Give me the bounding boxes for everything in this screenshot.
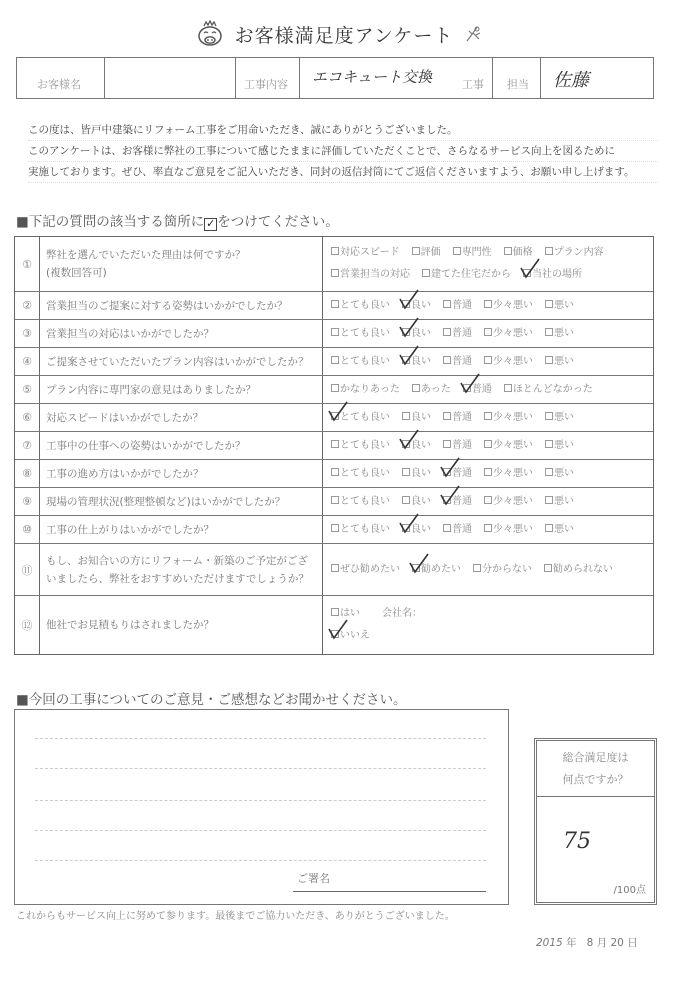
question-number: ⑥: [15, 404, 40, 431]
option-checkbox[interactable]: 良い: [402, 323, 431, 345]
checkbox-icon: [331, 496, 339, 504]
question-row: ⑧工事の進め方はいかがでしたか？とても良い良い普通少々悪い悪い: [15, 460, 653, 488]
question-number: ①: [15, 237, 40, 291]
question-number: ⑨: [15, 488, 40, 515]
checkbox-icon: [484, 328, 492, 336]
checkbox-icon: [412, 247, 420, 255]
signature-field[interactable]: [293, 891, 486, 892]
answer-options: とても良い良い普通少々悪い悪い: [323, 432, 653, 459]
answer-options: かなりあったあった普通ほとんどなかった: [323, 376, 653, 403]
checkbox-icon: [331, 608, 339, 616]
option-checkbox[interactable]: 普通: [463, 379, 492, 401]
question-text: 工事中の仕事への姿勢はいかがでしたか？: [40, 432, 323, 459]
checkbox-icon: [443, 496, 451, 504]
customer-info-table: お客様名 工事内容 エコキュート交換 工事 担当 佐藤: [16, 57, 654, 99]
question-text: 営業担当のご提案に対する姿勢はいかがでしたか？: [40, 292, 323, 319]
checkbox-icon: [484, 440, 492, 448]
checkbox-icon: [473, 564, 481, 572]
form-title: お客様満足度アンケート: [235, 21, 454, 48]
answer-options: ぜひ勧めたい勧めたい分からない勧められない: [323, 544, 653, 595]
option-checkbox[interactable]: とても良い: [331, 323, 390, 345]
checkbox-icon: [402, 328, 410, 336]
question-text: 対応スピードはいかがでしたか？: [40, 404, 323, 431]
option-checkbox[interactable]: 勧めたい: [412, 559, 461, 581]
option-checkbox[interactable]: 評価: [412, 242, 441, 264]
question-text: 他社でお見積もりはされましたか？: [40, 596, 323, 654]
intro-line: この度は、皆戸中建築にリフォーム工事をご用命いただき、誠にありがとうございました…: [28, 120, 658, 141]
question-text: 工事の仕上がりはいかがでしたか？: [40, 516, 323, 543]
checkbox-icon: [443, 356, 451, 364]
checkbox-icon: [504, 247, 512, 255]
option-checkbox[interactable]: はい: [331, 603, 360, 625]
section2-heading: ■今回の工事についてのご意見・ご感想などお聞かせください。: [16, 688, 406, 708]
answer-options: とても良い良い普通少々悪い悪い: [323, 348, 653, 375]
answer-options: とても良い良い普通少々悪い悪い: [323, 292, 653, 319]
checkbox-icon: [331, 269, 339, 277]
checkbox-icon: [484, 412, 492, 420]
question-number: ⑪: [15, 544, 40, 595]
checkbox-icon: [463, 384, 471, 392]
option-checkbox[interactable]: 分からない: [473, 559, 532, 581]
date-field: 2015 年 8 月 20 日: [536, 935, 638, 950]
option-checkbox[interactable]: とても良い: [331, 407, 390, 429]
option-checkbox[interactable]: あった: [412, 379, 451, 401]
option-checkbox[interactable]: ほとんどなかった: [504, 379, 593, 401]
checkbox-icon: [402, 412, 410, 420]
intro-line: このアンケートは、お客様に弊社の工事について感じたままに評価していただくことで、…: [28, 141, 658, 162]
option-checkbox[interactable]: 悪い: [545, 435, 574, 457]
option-checkbox[interactable]: 建てた住宅だから: [422, 264, 511, 286]
option-checkbox[interactable]: 少々悪い: [484, 407, 533, 429]
comment-rule: [35, 830, 486, 831]
checkbox-icon: [331, 468, 339, 476]
date-month[interactable]: 8: [587, 937, 594, 949]
intro-text: この度は、皆戸中建築にリフォーム工事をご用命いただき、誠にありがとうございました…: [28, 120, 658, 183]
comment-rule: [35, 860, 486, 861]
option-checkbox[interactable]: 良い: [402, 519, 431, 541]
question-row: ⑦工事中の仕事への姿勢はいかがでしたか？とても良い良い普通少々悪い悪い: [15, 432, 653, 460]
work-content-label-cell: 工事内容: [236, 58, 300, 98]
customer-name-field[interactable]: [105, 58, 236, 98]
answer-options: とても良い良い普通少々悪い悪い: [323, 460, 653, 487]
customer-name-label: お客様名: [37, 76, 81, 92]
comment-rule: [35, 800, 486, 801]
checkbox-icon: [545, 524, 553, 532]
checkbox-icon: [331, 412, 339, 420]
option-checkbox[interactable]: 少々悪い: [484, 295, 533, 317]
checkbox-icon: [402, 496, 410, 504]
option-checkbox[interactable]: かなりあった: [331, 379, 400, 401]
work-content-label: 工事内容: [244, 76, 288, 92]
question-text: 現場の管理状況(整理整頓など)はいかがでしたか？: [40, 488, 323, 515]
option-checkbox[interactable]: 普通: [443, 519, 472, 541]
answer-options: とても良い良い普通少々悪い悪い: [323, 488, 653, 515]
option-checkbox[interactable]: プラン内容: [545, 242, 604, 264]
question-row: ④ご提案させていただいたプラン内容はいかがでしたか？とても良い良い普通少々悪い悪…: [15, 348, 653, 376]
date-day[interactable]: 20: [610, 937, 623, 949]
option-checkbox[interactable]: 悪い: [545, 323, 574, 345]
option-checkbox[interactable]: 普通: [443, 323, 472, 345]
checkbox-icon: [443, 524, 451, 532]
checkbox-icon: [402, 300, 410, 308]
checkbox-icon: [402, 440, 410, 448]
option-checkbox[interactable]: 普通: [443, 435, 472, 457]
checkbox-icon: [484, 468, 492, 476]
section1-heading: ■下記の質問の該当する箇所に✓をつけてください。: [16, 210, 339, 231]
option-checkbox[interactable]: 対応スピード: [331, 242, 400, 264]
work-suffix-label: 工事: [462, 76, 484, 92]
checkbox-icon: [331, 524, 339, 532]
checkbox-icon: [331, 356, 339, 364]
checkbox-icon: [545, 468, 553, 476]
checkbox-sample-icon: ✓: [204, 218, 217, 231]
checkbox-icon: [443, 440, 451, 448]
option-checkbox[interactable]: 良い: [402, 407, 431, 429]
answer-options: 対応スピード評価専門性価格プラン内容営業担当の対応建てた住宅だから当社の場所: [323, 237, 653, 291]
question-number: ③: [15, 320, 40, 347]
date-year[interactable]: 2015: [536, 937, 563, 949]
checkbox-icon: [484, 356, 492, 364]
option-checkbox[interactable]: 専門性: [453, 242, 492, 264]
question-number: ⑤: [15, 376, 40, 403]
staff-label-cell: 担当: [493, 58, 541, 98]
option-checkbox[interactable]: 営業担当の対応: [331, 264, 410, 286]
question-number: ②: [15, 292, 40, 319]
questions-table: ①弊社を選んでいただいた理由は何ですか？(複数回答可)対応スピード評価専門性価格…: [14, 236, 654, 655]
pig-mascot-icon: [195, 20, 225, 48]
question-number: ⑩: [15, 516, 40, 543]
checkbox-icon: [443, 468, 451, 476]
option-checkbox[interactable]: とても良い: [331, 491, 390, 513]
option-checkbox[interactable]: 少々悪い: [484, 519, 533, 541]
checkbox-icon: [412, 384, 420, 392]
checkbox-icon: [443, 300, 451, 308]
customer-name-label-cell: お客様名: [17, 58, 105, 98]
option-checkbox[interactable]: 勧められない: [544, 559, 613, 581]
option-checkbox[interactable]: いいえ: [331, 625, 370, 647]
footer-thanks: これからもサービス向上に努めて参ります。最後までご協力いただき、ありがとうござい…: [16, 907, 455, 922]
question-row: ②営業担当のご提案に対する姿勢はいかがでしたか？とても良い良い普通少々悪い悪い: [15, 292, 653, 320]
question-text: ご提案させていただいたプラン内容はいかがでしたか？: [40, 348, 323, 375]
checkbox-icon: [331, 247, 339, 255]
staff-label: 担当: [507, 76, 529, 92]
option-checkbox[interactable]: とても良い: [331, 463, 390, 485]
checkbox-icon: [545, 496, 553, 504]
option-checkbox[interactable]: ぜひ勧めたい: [331, 559, 400, 581]
option-checkbox[interactable]: 少々悪い: [484, 351, 533, 373]
option-checkbox[interactable]: 悪い: [545, 519, 574, 541]
option-checkbox[interactable]: 普通: [443, 295, 472, 317]
checkbox-icon: [523, 269, 531, 277]
comment-rule: [35, 768, 486, 769]
option-checkbox[interactable]: 悪い: [545, 491, 574, 513]
option-checkbox[interactable]: 普通: [443, 463, 472, 485]
option-checkbox[interactable]: 普通: [443, 491, 472, 513]
checkbox-icon: [545, 440, 553, 448]
option-checkbox[interactable]: 少々悪い: [484, 435, 533, 457]
checkbox-icon: [422, 269, 430, 277]
checkbox-icon: [484, 496, 492, 504]
checkbox-icon: [402, 356, 410, 364]
question-number: ⑧: [15, 460, 40, 487]
option-checkbox[interactable]: 悪い: [545, 351, 574, 373]
work-content-value: エコキュート交換: [312, 66, 432, 87]
comment-box[interactable]: ご署名: [14, 709, 509, 905]
checkbox-icon: [331, 328, 339, 336]
checkbox-icon: [545, 300, 553, 308]
intro-line: 実施しております。ぜひ、率直なご意見をご記入いただき、同封の返信封筒にてご返信く…: [28, 162, 658, 183]
overall-score-box: 総合満足度は 何点ですか？ 75 /100点: [534, 738, 657, 905]
checkbox-icon: [545, 247, 553, 255]
checkbox-icon: [545, 356, 553, 364]
question-number: ④: [15, 348, 40, 375]
checkbox-icon: [484, 524, 492, 532]
option-checkbox[interactable]: とても良い: [331, 435, 390, 457]
option-checkbox[interactable]: 良い: [402, 351, 431, 373]
question-number: ⑦: [15, 432, 40, 459]
title-bar: お客様満足度アンケート: [0, 14, 680, 54]
question-text: 営業担当の対応はいかがでしたか？: [40, 320, 323, 347]
checkbox-icon: [504, 384, 512, 392]
checkbox-icon: [453, 247, 461, 255]
score-question: 総合満足度は 何点ですか？: [537, 741, 654, 797]
checkbox-icon: [402, 524, 410, 532]
option-checkbox[interactable]: とても良い: [331, 519, 390, 541]
question-text: もし、お知合いの方にリフォーム・新築のご予定がございましたら、弊社をおすすめいた…: [40, 544, 323, 595]
option-checkbox[interactable]: 少々悪い: [484, 323, 533, 345]
question-text: 弊社を選んでいただいた理由は何ですか？(複数回答可): [40, 237, 323, 291]
option-checkbox[interactable]: 普通: [443, 407, 472, 429]
answer-options: はい会社名：いいえ: [323, 596, 653, 654]
question-row: ⑨現場の管理状況(整理整頓など)はいかがでしたか？とても良い良い普通少々悪い悪い: [15, 488, 653, 516]
option-checkbox[interactable]: 価格: [504, 242, 533, 264]
question-row: ⑫他社でお見積もりはされましたか？はい会社名：いいえ: [15, 596, 653, 654]
staff-value: 佐藤: [553, 66, 589, 92]
checkbox-icon: [544, 564, 552, 572]
option-checkbox[interactable]: 少々悪い: [484, 491, 533, 513]
option-checkbox[interactable]: 当社の場所: [523, 264, 582, 286]
question-text: 工事の進め方はいかがでしたか？: [40, 460, 323, 487]
question-row: ⑤プラン内容に専門家の意見はありましたか？かなりあったあった普通ほとんどなかった: [15, 376, 653, 404]
option-checkbox[interactable]: 良い: [402, 435, 431, 457]
checkbox-icon: [443, 412, 451, 420]
score-value[interactable]: 75: [563, 829, 591, 854]
comment-rule: [35, 738, 486, 739]
checkbox-icon: [484, 300, 492, 308]
option-checkbox[interactable]: 良い: [402, 463, 431, 485]
checkbox-icon: [331, 300, 339, 308]
option-checkbox[interactable]: とても良い: [331, 295, 390, 317]
checkbox-icon: [331, 630, 339, 638]
option-checkbox[interactable]: 普通: [443, 351, 472, 373]
question-row: ⑪もし、お知合いの方にリフォーム・新築のご予定がございましたら、弊社をおすすめい…: [15, 544, 653, 596]
checkbox-icon: [412, 564, 420, 572]
checkbox-icon: [545, 328, 553, 336]
checkbox-icon: [402, 468, 410, 476]
question-row: ①弊社を選んでいただいた理由は何ですか？(複数回答可)対応スピード評価専門性価格…: [15, 237, 653, 292]
option-checkbox[interactable]: 良い: [402, 491, 431, 513]
checkbox-icon: [331, 440, 339, 448]
answer-options: とても良い良い普通少々悪い悪い: [323, 320, 653, 347]
option-checkbox[interactable]: 悪い: [545, 463, 574, 485]
option-checkbox[interactable]: 良い: [402, 295, 431, 317]
work-content-field[interactable]: エコキュート交換 工事: [300, 58, 493, 98]
option-checkbox[interactable]: 悪い: [545, 407, 574, 429]
question-row: ⑩工事の仕上がりはいかがでしたか？とても良い良い普通少々悪い悪い: [15, 516, 653, 544]
checkbox-icon: [331, 384, 339, 392]
answer-options: とても良い良い普通少々悪い悪い: [323, 404, 653, 431]
question-row: ③営業担当の対応はいかがでしたか？とても良い良い普通少々悪い悪い: [15, 320, 653, 348]
score-unit: /100点: [614, 881, 646, 896]
signature-label: ご署名: [297, 870, 330, 886]
option-checkbox[interactable]: 少々悪い: [484, 463, 533, 485]
checkbox-icon: [545, 412, 553, 420]
option-checkbox[interactable]: 悪い: [545, 295, 574, 317]
staff-field[interactable]: 佐藤: [541, 58, 653, 98]
flower-doodle-icon: [463, 23, 485, 45]
question-row: ⑥対応スピードはいかがでしたか？とても良い良い普通少々悪い悪い: [15, 404, 653, 432]
checkbox-icon: [443, 328, 451, 336]
company-name-label: 会社名：: [382, 603, 422, 625]
option-checkbox[interactable]: とても良い: [331, 351, 390, 373]
checkbox-icon: [331, 564, 339, 572]
question-number: ⑫: [15, 596, 40, 654]
answer-options: とても良い良い普通少々悪い悪い: [323, 516, 653, 543]
question-text: プラン内容に専門家の意見はありましたか？: [40, 376, 323, 403]
